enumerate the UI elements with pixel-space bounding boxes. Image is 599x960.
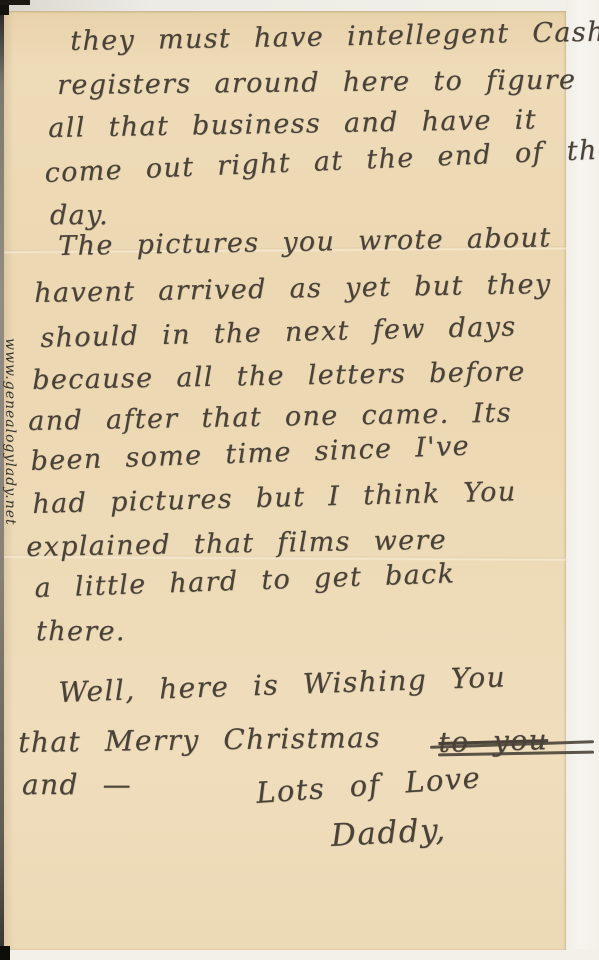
scan-black-corner-bottom-left [0,946,10,960]
letter-signature: Daddy, [330,812,447,854]
scanner-band-top [0,0,599,11]
letter-line: there. [36,616,126,647]
letter-line: day. [50,200,109,231]
watermark-url: www.genealogylady.net [1,338,18,573]
letter-line: that Merry Christmas [18,721,381,759]
scanner-band-bottom [0,949,599,960]
scan-black-strip-top [0,0,30,5]
letter-line: and — [22,768,132,801]
scanned-letter-page: www.genealogylady.net they must have int… [0,0,599,960]
letter-line: registers around here to figure [57,65,576,101]
